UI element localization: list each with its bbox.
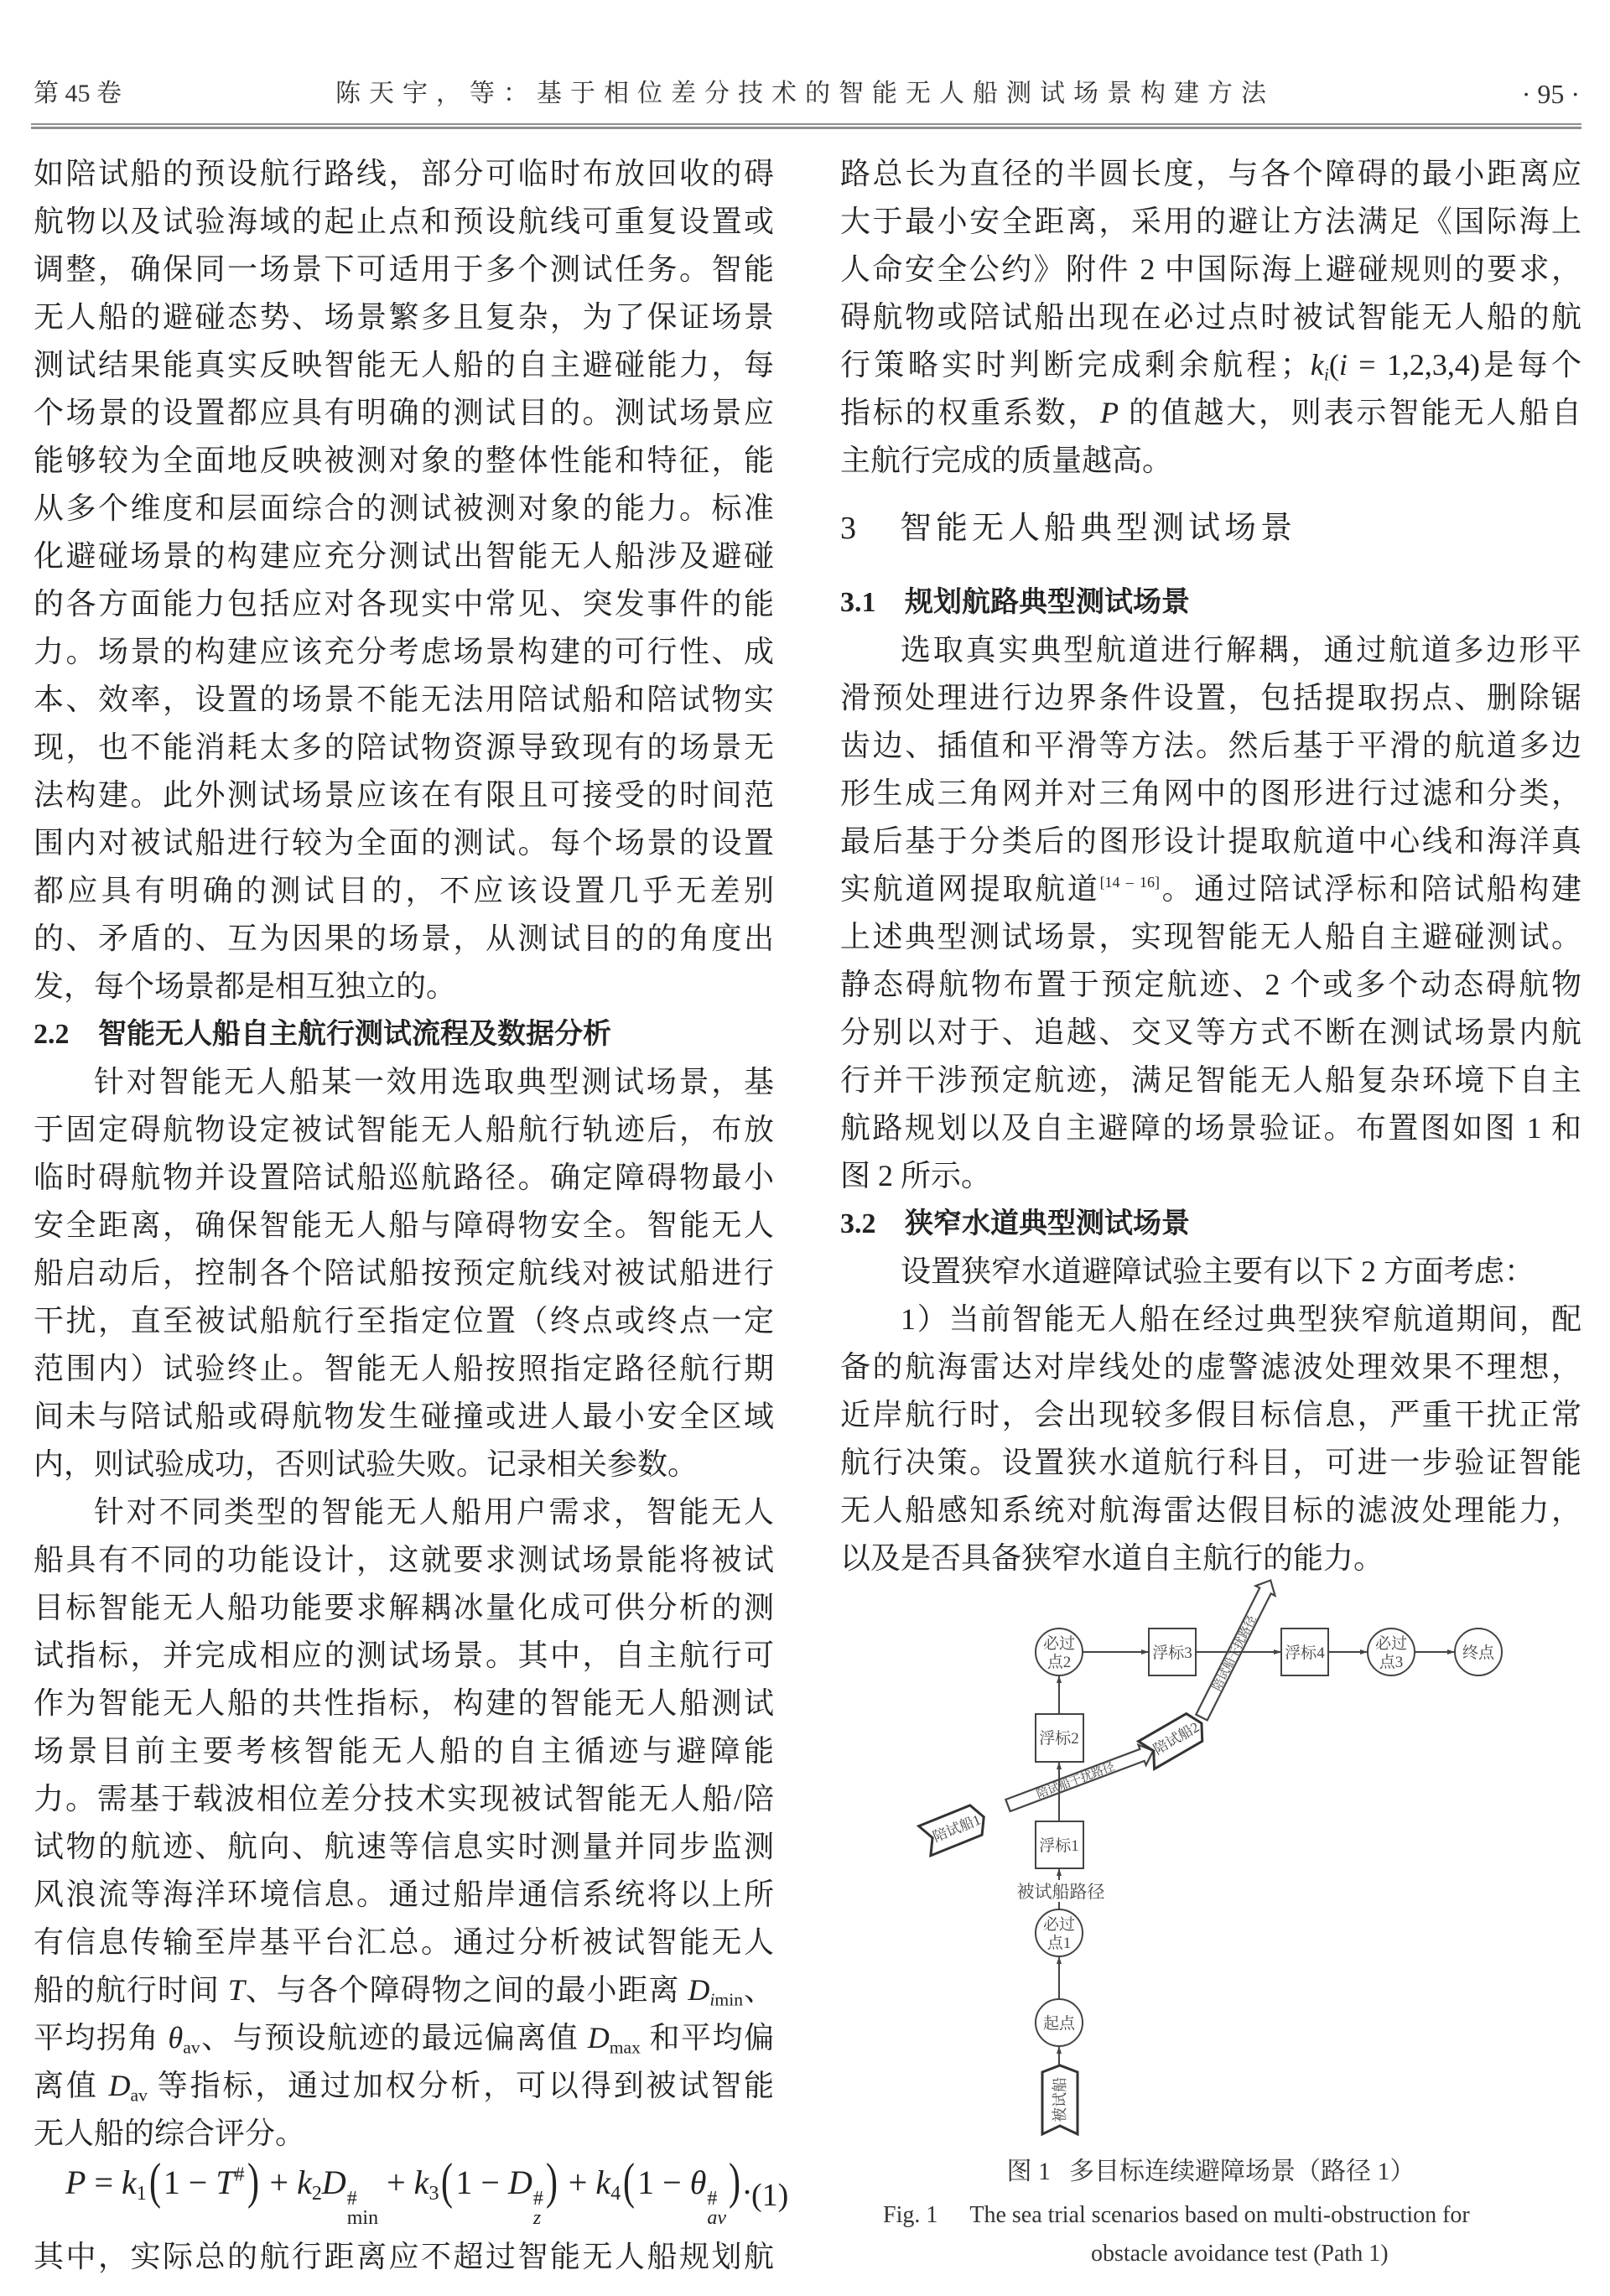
text-line: 无人船的避碰态势、场景繁多且复杂，为了保证场景 [34, 293, 774, 341]
text-line: 作为智能无人船的共性指标，构建的智能无人船测试 [34, 1680, 774, 1727]
math-variable: k [297, 2164, 312, 2201]
text-line: 其中，实际总的航行距离应不超过智能无人船规划航 [34, 2233, 774, 2281]
text-run: 上述典型测试场景，实现智能无人船自主避碰测试。 [840, 920, 1581, 953]
citation-superscript: [14 – 16] [1100, 874, 1160, 891]
equation-number: (1) [751, 2177, 788, 2214]
waypoint-3-label-line2: 点3 [1379, 1653, 1404, 1671]
text-line: 实航道网提取航道[14 – 16]。通过陪试浮标和陪试船构建 [840, 865, 1581, 913]
text-run: 3 [428, 2183, 439, 2205]
subscript: 2 [312, 2183, 322, 2205]
text-run: 干扰，直至被试船航行至指定位置（终点或终点一定 [34, 1304, 774, 1338]
text-line: 无人船的综合评分。 [34, 2110, 774, 2158]
text-run: 围内对被试船进行较为全面的测试。每个场景的设置 [34, 826, 774, 860]
waypoint-1-label-line2: 点1 [1047, 1934, 1072, 1952]
text-run: 、 [743, 1973, 774, 2007]
tested-ship-path-connectors [1059, 1652, 1454, 2065]
subscript: av [707, 2209, 726, 2228]
text-line: 无人船感知系统对航海雷达假目标的滤波处理能力， [840, 1487, 1581, 1535]
text-line: 上述典型测试场景，实现智能无人船自主避碰测试。 [840, 913, 1581, 961]
text-line: 干扰，直至被试船航行至指定位置（终点或终点一定 [34, 1297, 774, 1345]
figure-caption-chinese: 图 1多目标连续避障场景（路径 1） [840, 2155, 1581, 2189]
text-run: 的、矛盾的、互为因果的场景，从测试目的的角度出 [34, 922, 774, 955]
math-variable: k [595, 2164, 610, 2201]
start-label: 起点 [1043, 2014, 1076, 2033]
text-run: = [86, 2164, 122, 2201]
text-line: 选取真实典型航道进行解耦，通过航道多边形平 [840, 626, 1581, 674]
text-line: 形生成三角网并对三角网中的图形进行过滤和分类， [840, 770, 1581, 818]
escort-ship-1: 陪试船1 [919, 1802, 990, 1856]
figure-caption-english-line2: obstacle avoidance test (Path 1) [1091, 2239, 1389, 2269]
text-line: 大于最小安全距离，采用的避让方法满足《国际海上 [840, 198, 1581, 246]
text-run: 1）当前智能无人船在经过典型狭窄航道期间，配 [901, 1302, 1581, 1336]
text-line: 备的航海雷达对岸线处的虚警滤波处理效果不理想， [840, 1343, 1581, 1391]
text-line: 离值 Dav 等指标，通过加权分析，可以得到被试智能 [34, 2062, 774, 2110]
text-run: 安全距离，确保智能无人船与障碍物安全。智能无人 [34, 1208, 774, 1242]
text-run: 等指标，通过加权分析，可以得到被试智能 [148, 2069, 774, 2102]
text-run: av [131, 2085, 148, 2105]
text-run: 临时碍航物并设置陪试船巡航路径。确定障碍物最小 [34, 1161, 774, 1194]
text-run: 2 [312, 2183, 322, 2205]
text-run: 都应具有明确的测试目的，不应该设置几乎无差别 [34, 874, 774, 907]
math-symbol: k2 [297, 2164, 322, 2201]
equation: P = k1(1 − T#) + k2D#min + k3(1 − D#z) +… [34, 2158, 774, 2233]
subscript: av [183, 2037, 200, 2057]
text-line: 静态碍航物布置于预定航迹、2 个或多个动态碍航物 [840, 961, 1581, 1009]
math-variable: θ [690, 2164, 707, 2201]
text-line: 内，则试验成功，否则试验失败。记录相关参数。 [34, 1441, 774, 1488]
text-run: 备的航海雷达对岸线处的虚警滤波处理效果不理想， [840, 1350, 1581, 1384]
text-run: 个场景的设置都应具有明确的测试目的。测试场景应 [34, 396, 774, 429]
text-run: 人命安全公约》附件 2 中国际海上避碰规则的要求， [840, 252, 1581, 286]
text-run: = 1,2,3,4)是每个 [1348, 348, 1581, 382]
text-run: 发，每个场景都是相互独立的。 [34, 969, 456, 1003]
figure-caption-cn-label: 图 1 [1007, 2158, 1052, 2185]
text-run: 平均拐角 [34, 2021, 169, 2054]
text-run: 间未与陪试船或碍航物发生碰撞或进人最小安全区域 [34, 1400, 774, 1433]
text-run: 的各方面能力包括应对各现实中常见、突发事件的能 [34, 587, 774, 621]
text-line: 主航行完成的质量越高。 [840, 437, 1581, 485]
text-run: 分别以对于、追越、交叉等方式不断在测试场景内航 [840, 1016, 1581, 1049]
text-run: + [262, 2164, 298, 2201]
text-line: 针对智能无人船某一效用选取典型测试场景，基 [34, 1058, 774, 1106]
text-line: 分别以对于、追越、交叉等方式不断在测试场景内航 [840, 1009, 1581, 1057]
text-run: + [378, 2164, 414, 2201]
buoy-4-node: 浮标4 [1281, 1628, 1328, 1675]
math-variable: D [322, 2164, 346, 2201]
text-run: 针对智能无人船某一效用选取典型测试场景，基 [94, 1065, 774, 1099]
math-symbol: k3 [414, 2164, 439, 2201]
math-variable: z [533, 2207, 541, 2229]
buoy-1-label: 浮标1 [1039, 1836, 1079, 1855]
text-run: 试物的航迹、航向、航速等信息实时测量并同步监测 [34, 1830, 774, 1863]
figure-caption-english-line1: Fig. 1The sea trial scenarios based on m… [883, 2200, 1470, 2231]
header-rule-thick [31, 127, 1581, 129]
heading-number: 2.2 [34, 1010, 98, 1058]
text-run: 。通过陪试浮标和陪试船构建 [1160, 872, 1581, 906]
math-symbol: θav [169, 2021, 200, 2054]
figure-caption-cn-title: 多目标连续避障场景（路径 1） [1069, 2158, 1415, 2185]
text-run: 有信息传输至岸基平台汇总。通过分析被试智能无人 [34, 1925, 774, 1959]
text-run: 路总长为直径的半圆长度，与各个障碍的最小距离应 [840, 157, 1581, 190]
text-run: 4 [610, 2183, 621, 2205]
text-run: 目标智能无人船功能要求解耦冰量化成可供分析的测 [34, 1591, 774, 1624]
heading-title: 狭窄水道典型测试场景 [905, 1208, 1190, 1239]
figure-1-diagram: 陪试船干扰路径 陪试船干扰路径 被试船路径 陪试船1 陪试船2 [840, 1577, 1581, 2155]
text-run: 航行决策。设置狭水道航行科目，可进一步验证智能 [840, 1446, 1581, 1479]
text-run: 1 − [637, 2164, 690, 2201]
text-run: 齿边、插值和平滑等方法。然后基于平滑的航道多边 [840, 729, 1581, 762]
math-variable: D [109, 2069, 131, 2102]
text-line: 范围内）试验终止。智能无人船按照指定路径航行期 [34, 1345, 774, 1393]
text-run: ( [1329, 348, 1339, 382]
interference-path-label-1: 陪试船干扰路径 [1035, 1759, 1117, 1801]
waypoint-2-label-line2: 点2 [1047, 1653, 1072, 1671]
waypoint-2-node: 必过 点2 [1036, 1628, 1083, 1675]
text-line: 滑预处理进行边界条件设置，包括提取拐点、删除锯 [840, 674, 1581, 722]
heading-number: 3 [840, 485, 900, 572]
math-variable: T [216, 2164, 234, 2201]
text-run: 化避碰场景的构建应充分测试出智能无人船涉及避碰 [34, 539, 774, 573]
section-heading: 3智能无人船典型测试场景 [840, 485, 1581, 579]
text-run: 试指标，并完成相应的测试场景。其中，自主航行可 [34, 1639, 774, 1672]
math-variable: D [588, 2021, 610, 2054]
text-run: 1 [137, 2183, 147, 2205]
text-line: 行并干涉预定航迹，满足智能无人船复杂环境下自主 [840, 1057, 1581, 1104]
text-line: 风浪流等海洋环境信息。通过船岸通信系统将以上所 [34, 1871, 774, 1919]
text-line: 目标智能无人船功能要求解耦冰量化成可供分析的测 [34, 1584, 774, 1632]
math-symbol: T# [216, 2164, 244, 2201]
text-line: 试物的航迹、航向、航速等信息实时测量并同步监测 [34, 1823, 774, 1871]
text-run: 航路规划以及自主避障的场景验证。布置图如图 1 和 [840, 1111, 1581, 1145]
math-symbol: Dimin [688, 1973, 743, 2007]
text-line: 法构建。此外测试场景应该在有限且可接受的时间范 [34, 771, 774, 819]
text-run: 作为智能无人船的共性指标，构建的智能无人船测试 [34, 1686, 774, 1720]
text-line: 场景目前主要考核智能无人船的自主循迹与避障能 [34, 1727, 774, 1775]
text-run: 本、效率，设置的场景不能无法用陪试船和陪试物实 [34, 683, 774, 716]
text-run: 1 − [455, 2164, 508, 2201]
text-run: 测试结果能真实反映智能无人船的自主避碰能力，每 [34, 348, 774, 382]
subscript: 1 [137, 2183, 147, 2205]
text-run: min [714, 1989, 743, 2009]
text-run: 法构建。此外测试场景应该在有限且可接受的时间范 [34, 778, 774, 812]
subscript: z [533, 2209, 543, 2228]
text-run: 以及是否具备狭窄水道自主航行的能力。 [840, 1541, 1384, 1575]
text-line: 齿边、插值和平滑等方法。然后基于平滑的航道多边 [840, 722, 1581, 770]
buoy-2-label: 浮标2 [1039, 1729, 1079, 1748]
text-line: 力。需基于载波相位差分技术实现被试智能无人船/陪 [34, 1775, 774, 1823]
text-run: 力。需基于载波相位差分技术实现被试智能无人船/陪 [34, 1782, 774, 1816]
text-run: 行策略实时判断完成剩余航程； [840, 348, 1311, 382]
text-line: 路总长为直径的半圆长度，与各个障碍的最小距离应 [840, 150, 1581, 198]
buoy-3-node: 浮标3 [1149, 1628, 1196, 1675]
text-line: 于固定碍航物设定被试智能无人船航行轨迹后，布放 [34, 1106, 774, 1154]
math-variable: P [1100, 396, 1119, 429]
heading-title: 智能无人船典型测试场景 [900, 511, 1296, 546]
heading-number: 3.1 [840, 579, 905, 626]
text-run: 、与预设航迹的最远偏离值 [200, 2021, 588, 2054]
math-symbol: θ#av [690, 2164, 726, 2201]
text-line: 化避碰场景的构建应充分测试出智能无人船涉及避碰 [34, 532, 774, 580]
text-line: 碍航物或陪试船出现在必过点时被试智能无人船的航 [840, 293, 1581, 341]
text-line: 如陪试船的预设航行路线，部分可临时布放回收的碍 [34, 150, 774, 198]
text-line: 设置狭窄水道避障试验主要有以下 2 方面考虑： [840, 1248, 1581, 1296]
waypoint-2-label-line1: 必过 [1043, 1634, 1075, 1653]
header-rule-thin [31, 123, 1581, 125]
text-run: 、与各个障碍物之间的最小距离 [245, 1973, 688, 2007]
text-line: 调整，确保同一场景下可适用于多个测试任务。智能 [34, 246, 774, 293]
text-line: 航行决策。设置狭水道航行科目，可进一步验证智能 [840, 1439, 1581, 1487]
text-run: 大于最小安全距离，采用的避让方法满足《国际海上 [840, 205, 1581, 238]
text-run: 最后基于分类后的图形设计提取航道中心线和海洋真 [840, 824, 1581, 858]
text-run: 碍航物或陪试船出现在必过点时被试智能无人船的航 [840, 300, 1581, 334]
text-run: 于固定碍航物设定被试智能无人船航行轨迹后，布放 [34, 1113, 774, 1146]
text-run: 选取真实典型航道进行解耦，通过航道多边形平 [901, 633, 1581, 667]
text-run: max [610, 2037, 641, 2057]
text-run: min [347, 2207, 378, 2229]
text-run: 设置狭窄水道避障试验主要有以下 2 方面考虑： [901, 1254, 1535, 1288]
math-symbol: k4 [595, 2164, 621, 2201]
math-variable: k [122, 2164, 137, 2201]
text-line: 能够较为全面地反映被测对象的整体性能和特征，能 [34, 437, 774, 485]
text-run: 调整，确保同一场景下可适用于多个测试任务。智能 [34, 252, 774, 286]
script-stack: #min [347, 2190, 378, 2228]
subscript: max [610, 2037, 641, 2057]
tested-ship-label: 被试船 [1052, 2077, 1068, 2122]
heading-title: 规划航路典型测试场景 [905, 586, 1190, 618]
text-run: + [560, 2164, 596, 2201]
right-text-column: 路总长为直径的半圆长度，与各个障碍的最小距离应大于最小安全距离，采用的避让方法满… [840, 150, 1581, 1582]
text-line: 船具有不同的功能设计，这就要求测试场景能将被试 [34, 1536, 774, 1584]
figure-caption-en-title-line1: The sea trial scenarios based on multi-o… [969, 2202, 1469, 2228]
text-line: 平均拐角 θav、与预设航迹的最远偏离值 Dmax 和平均偏 [34, 2014, 774, 2062]
superscript: # [533, 2190, 543, 2209]
text-line: 航物以及试验海域的起止点和预设航线可重复设置或 [34, 198, 774, 246]
text-line: 近岸航行时，会出现较多假目标信息，严重干扰正常 [840, 1391, 1581, 1439]
text-line: 有信息传输至岸基平台汇总。通过分析被试智能无人 [34, 1919, 774, 1966]
text-run: 能够较为全面地反映被测对象的整体性能和特征，能 [34, 444, 774, 477]
text-run: 船具有不同的功能设计，这就要求测试场景能将被试 [34, 1543, 774, 1577]
tested-ship: 被试船 [1042, 2065, 1078, 2134]
heading-number: 3.2 [840, 1200, 905, 1248]
text-run: 离值 [34, 2069, 109, 2102]
text-run: 现，也不能消耗太多的陪试物资源导致现有的场景无 [34, 730, 774, 764]
text-run: 其中，实际总的航行距离应不超过智能无人船规划航 [34, 2240, 774, 2273]
math-variable: i [1339, 348, 1348, 382]
math-variable: av [707, 2207, 726, 2229]
text-run: 如陪试船的预设航行路线，部分可临时布放回收的碍 [34, 157, 774, 190]
text-run: . [743, 2164, 751, 2201]
end-label: 终点 [1462, 1644, 1495, 1662]
text-run: 和平均偏 [641, 2021, 774, 2054]
subsection-heading: 2.2智能无人船自主航行测试流程及数据分析 [34, 1010, 774, 1058]
text-line: 本、效率，设置的场景不能无法用陪试船和陪试物实 [34, 676, 774, 724]
text-line: 发，每个场景都是相互独立的。 [34, 963, 774, 1010]
figure-caption-en-label: Fig. 1 [883, 2202, 937, 2228]
buoy-4-label: 浮标4 [1285, 1644, 1325, 1662]
text-run: 1 − [164, 2164, 216, 2201]
subscript: 3 [428, 2183, 439, 2205]
text-run: 针对不同类型的智能无人船用户需求，智能无人 [94, 1495, 774, 1529]
subsection-heading: 3.2狭窄水道典型测试场景 [840, 1200, 1581, 1248]
subscript: 4 [610, 2183, 621, 2205]
math-variable: D [688, 1973, 709, 2007]
text-line: 最后基于分类后的图形设计提取航道中心线和海洋真 [840, 818, 1581, 865]
superscript: # [235, 2164, 245, 2186]
journal-page: 第 45 卷 陈天宇，等：基于相位差分技术的智能无人船测试场景构建方法 · 95… [0, 0, 1610, 2296]
text-run: 风浪流等海洋环境信息。通过船岸通信系统将以上所 [34, 1878, 774, 1911]
subscript: imin [709, 1989, 743, 2009]
text-run: 无人船的综合评分。 [34, 2117, 305, 2150]
text-run: av [183, 2037, 200, 2057]
waypoint-1-node: 必过 点1 [1036, 1909, 1083, 1956]
text-run: 内，则试验成功，否则试验失败。记录相关参数。 [34, 1447, 698, 1481]
start-node: 起点 [1036, 1999, 1083, 2046]
subscript: min [347, 2209, 378, 2228]
running-title: 陈天宇，等：基于相位差分技术的智能无人船测试场景构建方法 [0, 79, 1610, 109]
text-run: 船启动后，控制各个陪试船按预定航线对被试船进行 [34, 1256, 774, 1290]
text-line: 的、矛盾的、互为因果的场景，从测试目的的角度出 [34, 915, 774, 963]
text-run: 无人船的避碰态势、场景繁多且复杂，为了保证场景 [34, 300, 774, 334]
text-run: 图 2 所示。 [840, 1159, 991, 1192]
text-run: 主航行完成的质量越高。 [840, 444, 1172, 477]
text-line: 安全距离，确保智能无人船与障碍物安全。智能无人 [34, 1202, 774, 1249]
heading-title: 智能无人船自主航行测试流程及数据分析 [98, 1018, 611, 1050]
math-symbol: Dmax [588, 2021, 641, 2054]
text-run: 滑预处理进行边界条件设置，包括提取拐点、删除锯 [840, 681, 1581, 714]
end-node: 终点 [1455, 1628, 1502, 1675]
text-line: 的各方面能力包括应对各现实中常见、突发事件的能 [34, 580, 774, 628]
text-run: 静态碍航物布置于预定航迹、2 个或多个动态碍航物 [840, 968, 1581, 1001]
math-variable: T [228, 1973, 245, 2007]
text-line: 航路规划以及自主避障的场景验证。布置图如图 1 和 [840, 1104, 1581, 1152]
text-run: 形生成三角网并对三角网中的图形进行过滤和分类， [840, 777, 1581, 810]
text-line: 针对不同类型的智能无人船用户需求，智能无人 [34, 1488, 774, 1536]
text-line: 间未与陪试船或碍航物发生碰撞或进人最小安全区域 [34, 1393, 774, 1441]
interference-path-arrow-2: 陪试船干扰路径 [1192, 1577, 1280, 1722]
text-line: 人命安全公约》附件 2 中国际海上避碰规则的要求， [840, 246, 1581, 293]
math-symbol: D#min [322, 2164, 378, 2201]
math-variable: θ [169, 2021, 184, 2054]
math-symbol: ki [1311, 348, 1329, 382]
page-number: · 95 · [1522, 79, 1580, 109]
text-line: 以及是否具备狭窄水道自主航行的能力。 [840, 1535, 1581, 1582]
math-variable: P [65, 2164, 86, 2201]
text-run: 力。场景的构建应该充分考虑场景构建的可行性、成 [34, 635, 774, 668]
text-run: 航物以及试验海域的起止点和预设航线可重复设置或 [34, 205, 774, 238]
text-run: 指标的权重系数， [840, 396, 1100, 429]
text-line: 都应具有明确的测试目的，不应该设置几乎无差别 [34, 867, 774, 915]
text-line: 试指标，并完成相应的测试场景。其中，自主航行可 [34, 1632, 774, 1680]
text-line: 船启动后，控制各个陪试船按预定航线对被试船进行 [34, 1249, 774, 1297]
script-stack: #av [707, 2190, 726, 2228]
text-line: 1）当前智能无人船在经过典型狭窄航道期间，配 [840, 1296, 1581, 1343]
tested-path-label: 被试船路径 [1017, 1882, 1105, 1902]
waypoint-3-label-line1: 必过 [1375, 1634, 1407, 1653]
math-variable: k [414, 2164, 429, 2201]
text-line: 行策略实时判断完成剩余航程；ki(i = 1,2,3,4)是每个 [840, 341, 1581, 389]
text-line: 围内对被试船进行较为全面的测试。每个场景的设置 [34, 819, 774, 867]
superscript: # [347, 2190, 378, 2209]
math-symbol: k1 [122, 2164, 147, 2201]
math-symbol: D#z [508, 2164, 543, 2201]
text-line: 力。场景的构建应该充分考虑场景构建的可行性、成 [34, 628, 774, 676]
text-line: 临时碍航物并设置陪试船巡航路径。确定障碍物最小 [34, 1154, 774, 1202]
math-symbol: Dav [109, 2069, 148, 2102]
text-run: 船的航行时间 [34, 1973, 228, 2007]
script-stack: #z [533, 2190, 543, 2228]
waypoint-1-label-line1: 必过 [1043, 1915, 1075, 1934]
waypoint-3-node: 必过 点3 [1368, 1628, 1415, 1675]
buoy-1-node: 浮标1 [1036, 1821, 1083, 1868]
interference-path-label-2: 陪试船干扰路径 [1209, 1613, 1259, 1693]
subsection-heading: 3.1规划航路典型测试场景 [840, 579, 1581, 626]
text-line: 船的航行时间 T、与各个障碍物之间的最小距离 Dimin、 [34, 1966, 774, 2014]
buoy-2-node: 浮标2 [1036, 1714, 1083, 1762]
subscript: av [131, 2085, 148, 2105]
equation-body: P = k1(1 − T#) + k2D#min + k3(1 − D#z) +… [65, 2163, 751, 2228]
text-run: 实航道网提取航道 [840, 872, 1100, 906]
left-text-column: 如陪试船的预设航行路线，部分可临时布放回收的碍航物以及试验海域的起止点和预设航线… [34, 150, 774, 2281]
math-variable: D [508, 2164, 532, 2201]
text-run: 范围内）试验终止。智能无人船按照指定路径航行期 [34, 1352, 774, 1385]
text-line: 测试结果能真实反映智能无人船的自主避碰能力，每 [34, 341, 774, 389]
text-line: 图 2 所示。 [840, 1152, 1581, 1200]
text-line: 指标的权重系数，P 的值越大，则表示智能无人船自 [840, 389, 1581, 437]
text-run: 无人船感知系统对航海雷达假目标的滤波处理能力， [840, 1493, 1581, 1527]
text-line: 个场景的设置都应具有明确的测试目的。测试场景应 [34, 389, 774, 437]
math-variable: k [1311, 348, 1324, 382]
text-line: 从多个维度和层面综合的测试被测对象的能力。标准 [34, 485, 774, 532]
text-line: 现，也不能消耗太多的陪试物资源导致现有的场景无 [34, 724, 774, 771]
superscript: # [707, 2190, 726, 2209]
buoy-3-label: 浮标3 [1152, 1644, 1192, 1662]
text-run: 场景目前主要考核智能无人船的自主循迹与避障能 [34, 1734, 774, 1768]
text-run: 近岸航行时，会出现较多假目标信息，严重干扰正常 [840, 1398, 1581, 1431]
text-run: 的值越大，则表示智能无人船自 [1119, 396, 1581, 429]
text-run: 行并干涉预定航迹，满足智能无人船复杂环境下自主 [840, 1063, 1581, 1097]
text-run: 从多个维度和层面综合的测试被测对象的能力。标准 [34, 491, 774, 525]
